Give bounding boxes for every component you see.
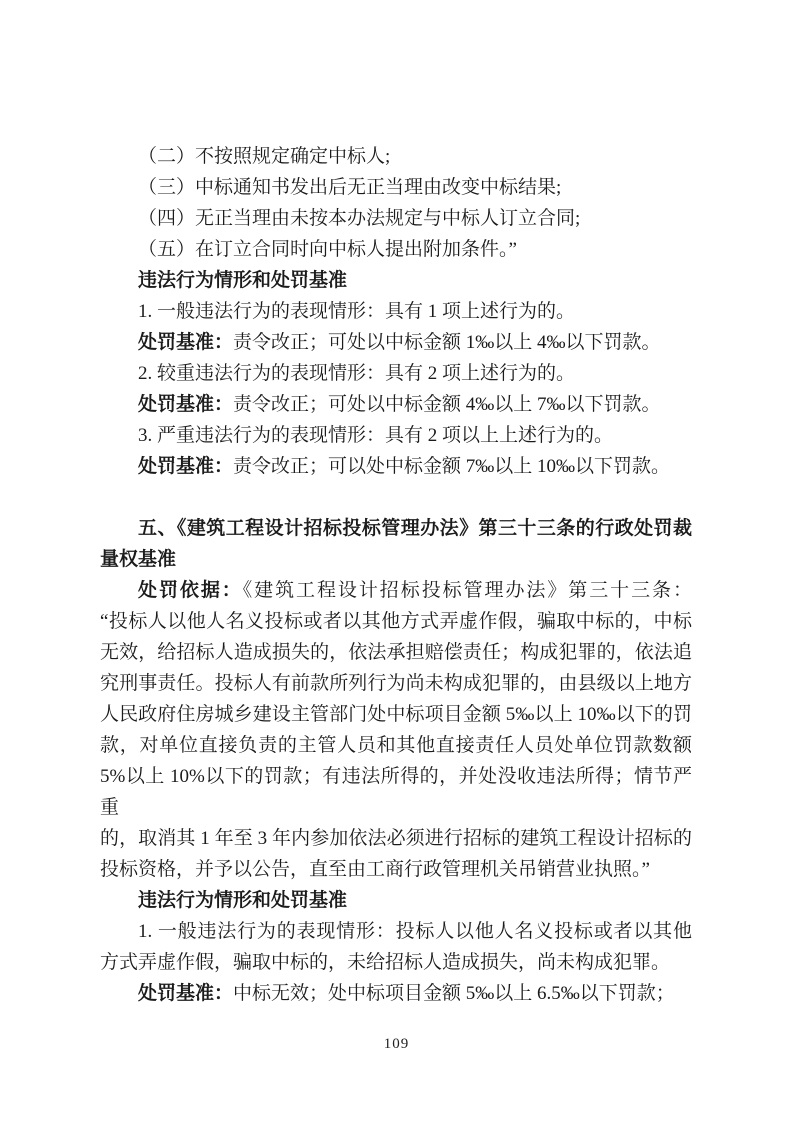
document-page: （二）不按照规定确定中标人;（三）中标通知书发出后无正当理由改变中标结果;（四）… [0,0,793,1122]
text-line: 方式弄虚作假，骗取中标的，未给招标人造成损失，尚未构成犯罪。 [100,947,692,978]
bold-run-in-label: 处罚基准： [138,332,233,353]
line-text: 责令改正；可以处中标金额 7‰以上 10‰以下罚款。 [233,456,670,477]
text-line: （二）不按照规定确定中标人; [100,141,692,172]
text-line: 究刑事责任。投标人有前款所列行为尚未构成犯罪的，由县级以上地方 [100,668,692,699]
page-number: 109 [0,1036,793,1053]
text-line: （四）无正当理由未按本办法规定与中标人订立合同; [100,203,692,234]
line-text: 违法行为情形和处罚基准 [138,270,347,291]
text-line: 违法行为情形和处罚基准 [100,265,692,296]
text-line: 1. 一般违法行为的表现情形：具有 1 项上述行为的。 [100,296,692,327]
line-text: 的，取消其 1 年至 3 年内参加依法必须进行招标的建筑工程设计招标的 [100,828,692,849]
line-text: 量权基准 [100,549,176,570]
line-text: 1. 一般违法行为的表现情形：具有 1 项上述行为的。 [138,301,575,322]
line-text: 中标无效；处中标项目金额 5‰以上 6.5‰以下罚款； [233,983,675,1004]
line-text: 2. 较重违法行为的表现情形：具有 2 项上述行为的。 [138,363,575,384]
text-line: 处罚基准：中标无效；处中标项目金额 5‰以上 6.5‰以下罚款； [100,978,692,1009]
text-line: 量权基准 [100,544,692,575]
line-text: 究刑事责任。投标人有前款所列行为尚未构成犯罪的，由县级以上地方 [100,673,692,694]
text-line: 处罚基准：责令改正；可以处中标金额 7‰以上 10‰以下罚款。 [100,451,692,482]
line-text: 3. 严重违法行为的表现情形：具有 2 项以上上述行为的。 [138,425,613,446]
line-text: （三）中标通知书发出后无正当理由改变中标结果; [138,177,561,198]
line-text: 违法行为情形和处罚基准 [138,890,347,911]
text-line: 2. 较重违法行为的表现情形：具有 2 项上述行为的。 [100,358,692,389]
line-text: 责令改正；可处以中标金额 4‰以上 7‰以下罚款。 [233,394,661,415]
text-line: 违法行为情形和处罚基准 [100,885,692,916]
text-line: 五、《建筑工程设计招标投标管理办法》第三十三条的行政处罚裁 [100,513,692,544]
line-text: 《建筑工程设计招标投标管理办法》第三十三条： [243,580,692,601]
line-text: （二）不按照规定确定中标人; [138,146,390,167]
line-text: （五）在订立合同时向中标人提出附加条件。” [138,239,517,260]
line-text: 投标资格，并予以公告，直至由工商行政管理机关吊销营业执照。” [100,859,650,880]
text-line: 无效，给招标人造成损失的，依法承担赔偿责任；构成犯罪的，依法追 [100,637,692,668]
line-text: 方式弄虚作假，骗取中标的，未给招标人造成损失，尚未构成犯罪。 [100,952,670,973]
text-line: （三）中标通知书发出后无正当理由改变中标结果; [100,172,692,203]
text-line: 3. 严重违法行为的表现情形：具有 2 项以上上述行为的。 [100,420,692,451]
text-line: 1. 一般违法行为的表现情形：投标人以他人名义投标或者以其他 [100,916,692,947]
text-line: 投标资格，并予以公告，直至由工商行政管理机关吊销营业执照。” [100,854,692,885]
bold-run-in-label: 处罚基准： [138,394,233,415]
text-line: 处罚基准：责令改正；可处以中标金额 1‰以上 4‰以下罚款。 [100,327,692,358]
text-line: （五）在订立合同时向中标人提出附加条件。” [100,234,692,265]
line-text: 责令改正；可处以中标金额 1‰以上 4‰以下罚款。 [233,332,661,353]
bold-run-in-label: 处罚依据： [138,580,243,601]
bold-run-in-label: 处罚基准： [138,983,233,1004]
line-text: “投标人以他人名义投标或者以其他方式弄虚作假，骗取中标的，中标 [100,611,692,632]
text-line: “投标人以他人名义投标或者以其他方式弄虚作假，骗取中标的，中标 [100,606,692,637]
line-text: 五、《建筑工程设计招标投标管理办法》第三十三条的行政处罚裁 [138,518,692,539]
line-text: 款，对单位直接负责的主管人员和其他直接责任人员处单位罚款数额 [100,735,692,756]
line-text: 人民政府住房城乡建设主管部门处中标项目金额 5‰以上 10‰以下的罚 [100,704,692,725]
line-text: （四）无正当理由未按本办法规定与中标人订立合同; [138,208,580,229]
text-line: 处罚依据：《建筑工程设计招标投标管理办法》第三十三条： [100,575,692,606]
line-text: 5%以上 10%以下的罚款；有违法所得的，并处没收违法所得；情节严重 [100,766,692,818]
blank-line [100,482,692,513]
text-line: 5%以上 10%以下的罚款；有违法所得的，并处没收违法所得；情节严重 [100,761,692,823]
bold-run-in-label: 处罚基准： [138,456,233,477]
line-text: 1. 一般违法行为的表现情形：投标人以他人名义投标或者以其他 [138,921,692,942]
text-line: 款，对单位直接负责的主管人员和其他直接责任人员处单位罚款数额 [100,730,692,761]
line-text: 无效，给招标人造成损失的，依法承担赔偿责任；构成犯罪的，依法追 [100,642,692,663]
text-line: 的，取消其 1 年至 3 年内参加依法必须进行招标的建筑工程设计招标的 [100,823,692,854]
text-line: 处罚基准：责令改正；可处以中标金额 4‰以上 7‰以下罚款。 [100,389,692,420]
document-body: （二）不按照规定确定中标人;（三）中标通知书发出后无正当理由改变中标结果;（四）… [100,141,692,1009]
text-line: 人民政府住房城乡建设主管部门处中标项目金额 5‰以上 10‰以下的罚 [100,699,692,730]
